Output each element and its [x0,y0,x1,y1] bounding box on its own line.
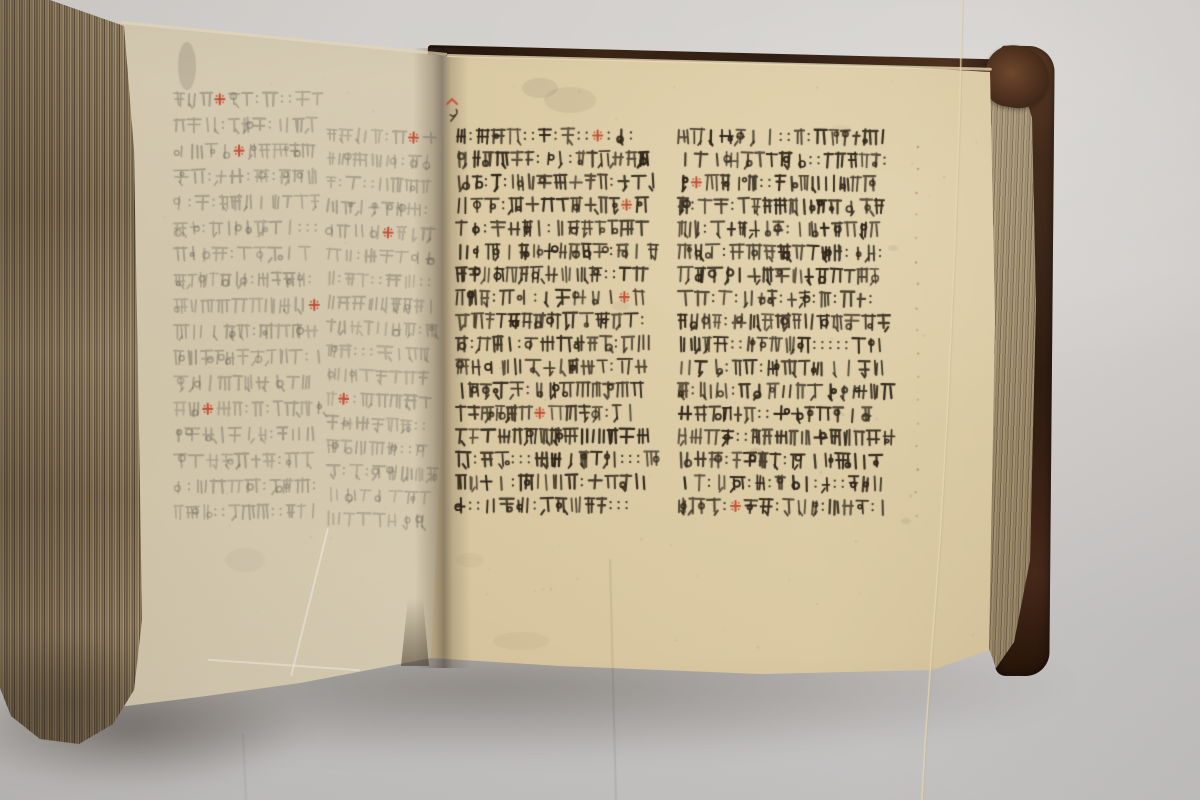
ink-script-and-thread-layer [0,0,1200,800]
photo-scene: Open Ethiopian parchment manuscript code… [0,0,1200,800]
